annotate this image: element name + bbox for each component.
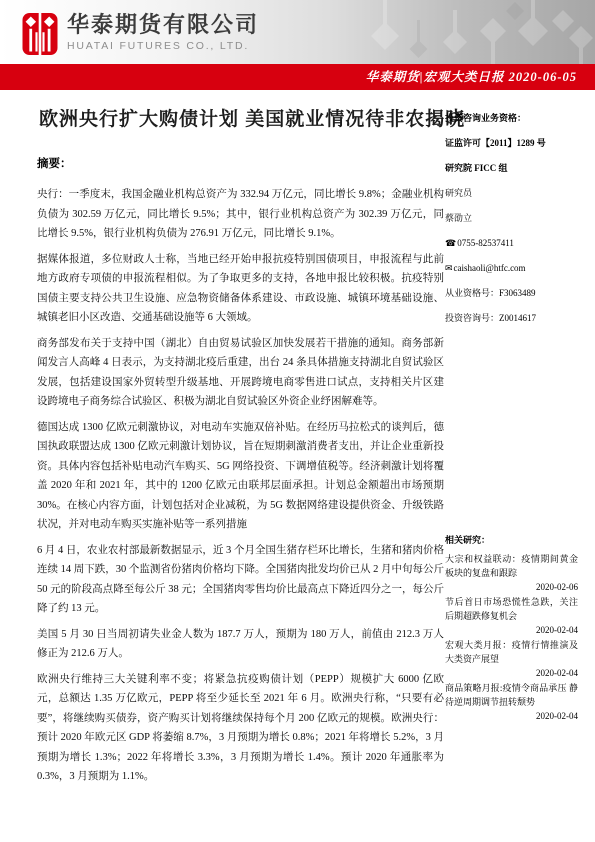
related-item-date: 2020-02-04 [445,709,578,723]
related-item-date: 2020-02-06 [445,580,578,594]
summary-paragraph-germany-stimulus: 德国达成 1300 亿欧元刺激协议，对电动车实施双倍补贴。在经历马拉松式的谈判后… [37,418,444,535]
page-header: 华泰期货有限公司 HUATAI FUTURES CO., LTD. [0,0,595,64]
related-research-item: 节后首日市场恐慌性急跌，关注后期超跌修复机会 2020-02-04 [445,595,578,637]
phone-icon: ☎ [445,239,456,249]
related-item-title: 节后首日市场恐慌性急跌，关注后期超跌修复机会 [445,595,578,623]
qualification-title: 投资咨询业务资格： [445,108,578,133]
phone-line: ☎0755-82537411 [445,233,578,258]
researcher-label: 研究员 [445,183,578,208]
related-research-item: 商品策略月报:疫情令商品承压 静待逆周期调节扭转颓势 2020-02-04 [445,681,578,723]
related-research: 相关研究： 大宗和权益联动：疫情期间黄金板块的复盘和跟踪 2020-02-06 … [445,533,578,724]
researcher-name: 蔡劭立 [445,208,578,233]
related-item-title: 大宗和权益联动：疫情期间黄金板块的复盘和跟踪 [445,552,578,580]
main-column: 欧洲央行扩大购债计划 美国就业情况待非农揭晓 摘要： 央行：一季度末，我国金融业… [37,104,444,793]
advisory-number: 投资咨询号：Z0014617 [445,308,578,333]
phone-number: 0755-82537411 [457,238,514,248]
report-page: 华泰期货有限公司 HUATAI FUTURES CO., LTD. 华泰期货|宏… [0,0,595,842]
page-title: 欧洲央行扩大购债计划 美国就业情况待非农揭晓 [39,104,444,131]
summary-paragraph-central-bank: 央行：一季度末，我国金融业机构总资产为 332.94 万亿元，同比增长 9.8%… [37,185,444,244]
header-diamond-pattern [325,0,595,64]
report-banner: 华泰期货|宏观大类日报 2020-06-05 [0,64,595,90]
practice-number: 从业资格号：F3063489 [445,283,578,308]
related-item-date: 2020-02-04 [445,623,578,637]
company-logo: 华泰期货有限公司 HUATAI FUTURES CO., LTD. [22,13,259,55]
summary-paragraph-ecb: 欧洲央行维持三大关键利率不变；将紧急抗疫购债计划（PEPP）规模扩大 6000 … [37,670,444,787]
email-address[interactable]: caishaoli@htfc.com [454,263,526,273]
company-name-en: HUATAI FUTURES CO., LTD. [67,40,259,52]
related-item-title: 宏观大类月报：疫情行情推演及大类资产展望 [445,638,578,666]
email-line: ✉caishaoli@htfc.com [445,258,578,283]
summary-paragraph-us-jobless: 美国 5 月 30 日当周初请失业金人数为 187.7 万人，预期为 180 万… [37,625,444,664]
related-research-item: 宏观大类月报：疫情行情推演及大类资产展望 2020-02-04 [445,638,578,680]
summary-heading: 摘要： [37,155,444,171]
research-division: 研究院 FICC 组 [445,158,578,183]
related-research-item: 大宗和权益联动：疫情期间黄金板块的复盘和跟踪 2020-02-06 [445,552,578,594]
sidebar-contact: 投资咨询业务资格： 证监许可【2011】1289 号 研究院 FICC 组 研究… [445,108,578,333]
related-item-date: 2020-02-04 [445,666,578,680]
summary-paragraph-pork-prices: 6 月 4 日，农业农村部最新数据显示，近 3 个月全国生猪存栏环比增长，生猪和… [37,541,444,619]
email-icon: ✉ [445,264,453,274]
related-research-heading: 相关研究： [445,533,578,546]
summary-paragraph-special-bonds: 据媒体报道，多位财政人士称，当地已经开始申报抗疫特别国债项目，申报流程与此前地方… [37,250,444,328]
related-item-title: 商品策略月报:疫情令商品承压 静待逆周期调节扭转颓势 [445,681,578,709]
company-name-cn: 华泰期货有限公司 [67,13,259,37]
summary-paragraph-hubei-ftz: 商务部发布关于支持中国（湖北）自由贸易试验区加快发展若干措施的通知。商务部新闻发… [37,334,444,412]
huatai-logo-icon [22,13,58,55]
qualification-number: 证监许可【2011】1289 号 [445,133,578,158]
